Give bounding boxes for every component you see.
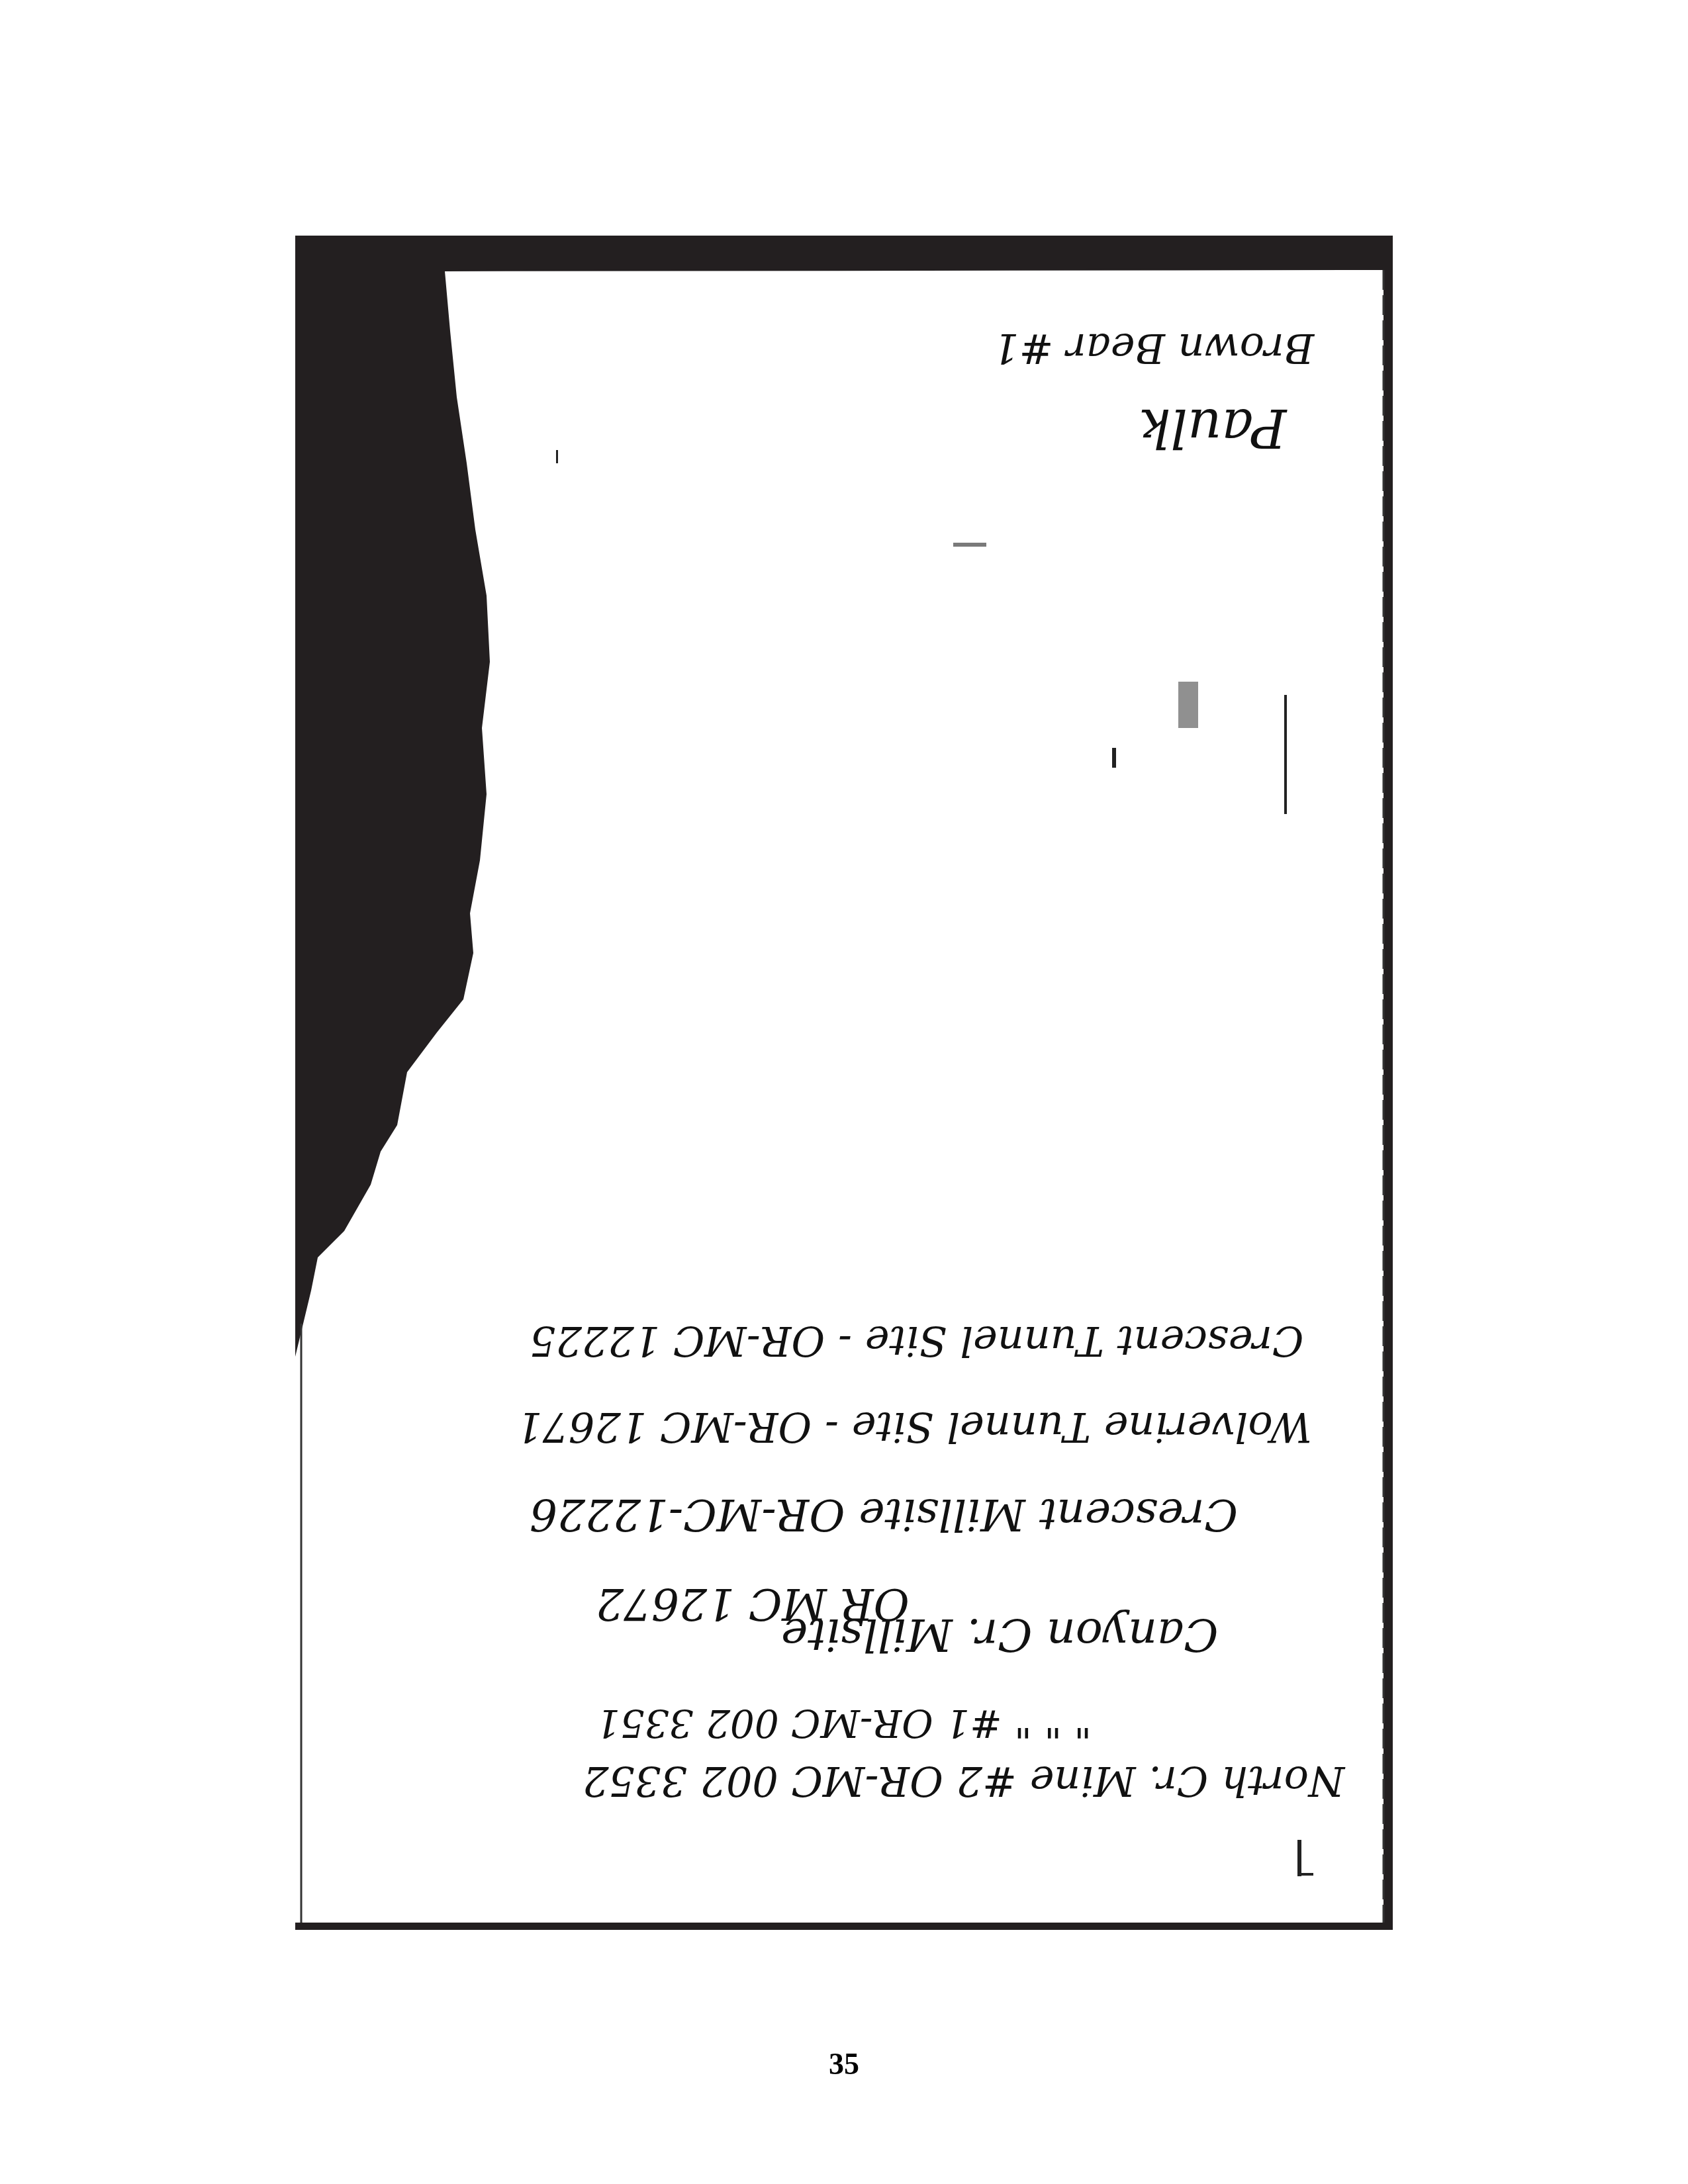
scan-mark <box>953 543 986 547</box>
note-entry-canyon-millsite: Canyon Cr. Millsite <box>781 1608 1219 1661</box>
torn-paper-sheet <box>0 0 1688 2184</box>
note-entry-wolverine-tunnel: Wolverine Tunnel Site - OR-MC 12671 <box>516 1403 1312 1451</box>
note-entry-crescent-tunnel: Crescent Tunnel Site - OR-MC 12225 <box>530 1317 1304 1365</box>
note-entry-north-cr-mine-1: " " " #1 OR-MC 002 3351 <box>596 1701 1092 1746</box>
scan-mark <box>1284 695 1287 814</box>
scan-mark <box>1297 1840 1301 1876</box>
scan-mark <box>1299 1873 1313 1876</box>
note-header-line-1: Brown Bear #1 <box>993 324 1314 373</box>
note-entry-north-cr-mine-2: North Cr. Mine #2 OR-MC 002 3352 <box>583 1757 1344 1805</box>
scan-mark <box>1178 682 1198 728</box>
scan-mark <box>1112 748 1116 768</box>
scan-mark <box>556 450 558 463</box>
note-entry-crescent-millsite: Crescent Millsite OR-MC-12226 <box>530 1489 1238 1540</box>
page-number: 35 <box>0 2046 1688 2081</box>
note-header-line-2: Paulk <box>1139 397 1287 459</box>
